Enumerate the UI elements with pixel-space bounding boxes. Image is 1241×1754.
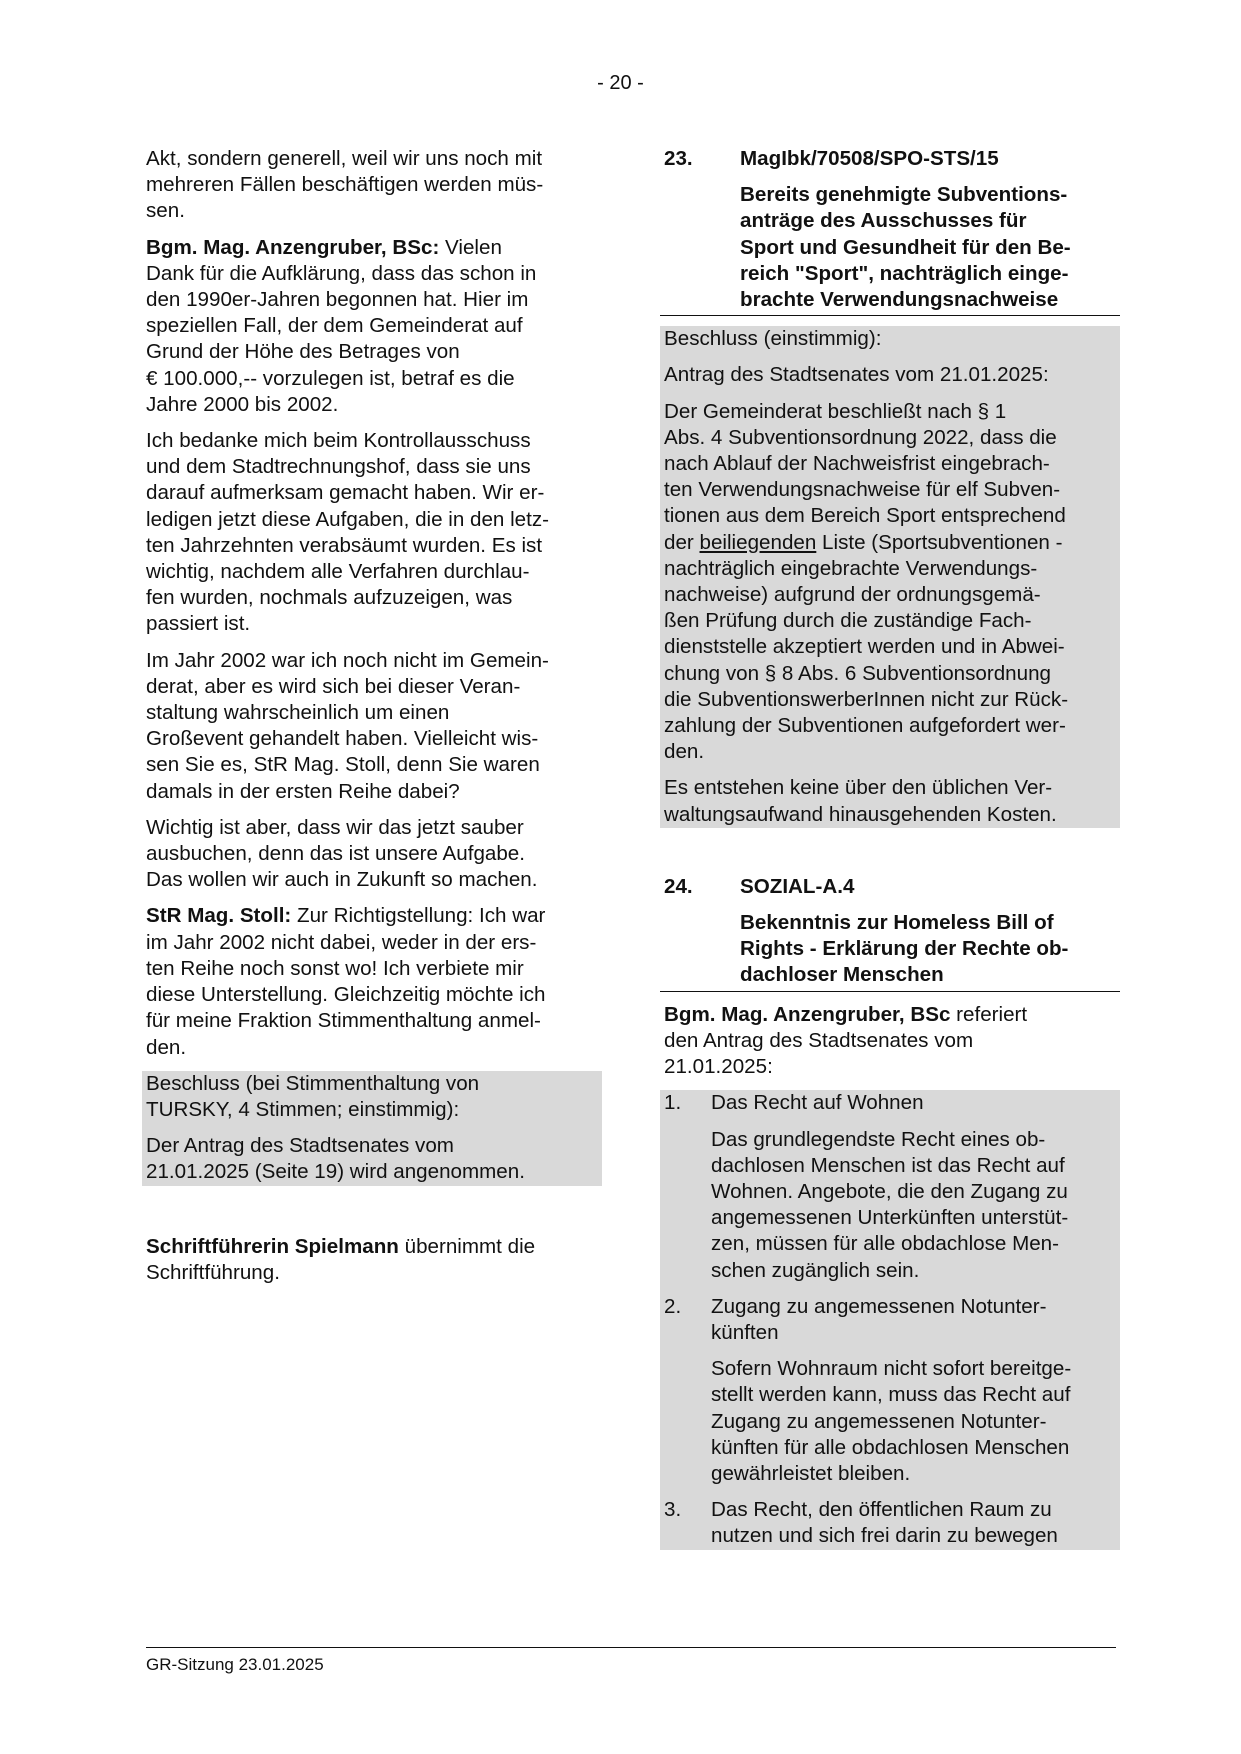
- text-line: nachweise) aufgrund der ordnungsgemä-: [664, 582, 1116, 608]
- text-fragment: Zur Richtigstellung: Ich war: [291, 904, 545, 927]
- speaker-name: Bgm. Mag. Anzengruber, BSc: [664, 1003, 950, 1026]
- text-line: Bgm. Mag. Anzengruber, BSc referiert: [664, 1002, 1116, 1028]
- agenda-item-24-heading: 24. SOZIAL-A.4 Bekenntnis zur Homeless B…: [664, 874, 1116, 989]
- text-line: Schriftführung.: [146, 1260, 598, 1286]
- text-line: Beschluss (bei Stimmenthaltung von: [146, 1071, 598, 1097]
- text-line: Bgm. Mag. Anzengruber, BSc: Vielen: [146, 235, 598, 261]
- text-line: chung von § 8 Abs. 6 Subventionsordnung: [664, 661, 1116, 687]
- text-line: stellt werden kann, muss das Recht auf: [711, 1382, 1116, 1408]
- paragraph-continuation: Akt, sondern generell, weil wir uns noch…: [146, 146, 598, 225]
- text-line: dienststelle akzeptiert werden und in Ab…: [664, 634, 1116, 660]
- text-line: StR Mag. Stoll: Zur Richtigstellung: Ich…: [146, 903, 598, 929]
- text-line: Beschluss (einstimmig):: [664, 326, 1116, 352]
- text-line: den.: [664, 739, 1116, 765]
- text-fragment: Vielen: [439, 236, 502, 259]
- text-line: fen wurden, nochmals aufzuzeigen, was: [146, 585, 598, 611]
- text-fragment: übernimmt die: [399, 1235, 535, 1258]
- text-line: und dem Stadtrechnungshof, dass sie uns: [146, 454, 598, 480]
- list-number: 2.: [664, 1294, 681, 1320]
- text-line: der beiliegenden Liste (Sportsubventione…: [664, 530, 1116, 556]
- text-line: Der Gemeinderat beschließt nach § 1: [664, 399, 1116, 425]
- speech-stoll: StR Mag. Stoll: Zur Richtigstellung: Ich…: [146, 903, 598, 1060]
- text-line: € 100.000,-- vorzulegen ist, betraf es d…: [146, 366, 598, 392]
- footer-rule: [146, 1647, 1116, 1648]
- text-line: Wohnen. Angebote, die den Zugang zu: [711, 1179, 1116, 1205]
- costs-note: Es entstehen keine über den üblichen Ver…: [664, 775, 1116, 827]
- text-line: Sport und Gesundheit für den Be-: [740, 235, 1116, 261]
- text-line: Akt, sondern generell, weil wir uns noch…: [146, 146, 598, 172]
- text-line: ausbuchen, denn das ist unsere Aufgabe.: [146, 841, 598, 867]
- text-line: Dank für die Aufklärung, dass das schon …: [146, 261, 598, 287]
- motion-text: Der Gemeinderat beschließt nach § 1 Abs.…: [664, 399, 1116, 776]
- text-line: ten Jahrzehnten verabsäumt wurden. Es is…: [146, 533, 598, 559]
- page-number: - 20 -: [0, 72, 1241, 95]
- text-line: reich "Sport", nachträglich einge-: [740, 261, 1116, 287]
- text-line: Im Jahr 2002 war ich noch nicht im Gemei…: [146, 648, 598, 674]
- text-line: Wichtig ist aber, dass wir das jetzt sau…: [146, 815, 598, 841]
- text-line: darauf aufmerksam gemacht haben. Wir er-: [146, 480, 598, 506]
- text-line: speziellen Fall, der dem Gemeinderat auf: [146, 313, 598, 339]
- paragraph: Im Jahr 2002 war ich noch nicht im Gemei…: [146, 648, 598, 805]
- text-line: mehreren Fällen beschäftigen werden müs-: [146, 172, 598, 198]
- text-line: zen, müssen für alle obdachlose Men-: [711, 1231, 1116, 1257]
- speaker-intro: Bgm. Mag. Anzengruber, BSc referiert den…: [664, 1002, 1116, 1081]
- text-line: nach Ablauf der Nachweisfrist eingebrach…: [664, 451, 1116, 477]
- text-line: angemessenen Unterkünften unterstüt-: [711, 1205, 1116, 1231]
- list-number: 1.: [664, 1090, 681, 1116]
- text-line: Jahre 2000 bis 2002.: [146, 392, 598, 418]
- paragraph: Ich bedanke mich beim Kontrollausschuss …: [146, 428, 598, 638]
- text-line: Das wollen wir auch in Zukunft so machen…: [146, 867, 598, 893]
- text-line: 21.01.2025 (Seite 19) wird angenommen.: [146, 1159, 598, 1185]
- text-line: den 1990er-Jahren begonnen hat. Hier im: [146, 287, 598, 313]
- attachment-link[interactable]: beiliegenden: [700, 531, 817, 554]
- list-item-3: 3. Das Recht, den öffentlichen Raum zu n…: [664, 1497, 1116, 1549]
- text-line: gewährleistet bleiben.: [711, 1461, 1116, 1487]
- resolution-title: Beschluss (bei Stimmenthaltung von TURSK…: [146, 1071, 598, 1133]
- text-line: für meine Fraktion Stimmenthaltung anmel…: [146, 1008, 598, 1034]
- text-line: waltungsaufwand hinausgehenden Kosten.: [664, 802, 1116, 828]
- secretary-note: Schriftführerin Spielmann übernimmt die …: [146, 1234, 598, 1286]
- text-line: zahlung der Subventionen aufgefordert we…: [664, 713, 1116, 739]
- text-line: Rights - Erklärung der Rechte ob-: [740, 936, 1116, 962]
- text-line: Sofern Wohnraum nicht sofort bereitge-: [711, 1356, 1116, 1382]
- text-line: ten Verwendungsnachweise für elf Subven-: [664, 477, 1116, 503]
- text-line: ledigen jetzt diese Aufgaben, die in den…: [146, 507, 598, 533]
- text-line: derat, aber es wird sich bei dieser Vera…: [146, 674, 598, 700]
- text-fragment: Liste (Sportsubventionen -: [816, 531, 1062, 554]
- text-line: Ich bedanke mich beim Kontrollausschuss: [146, 428, 598, 454]
- resolution-box: Beschluss (bei Stimmenthaltung von TURSK…: [142, 1071, 602, 1186]
- text-line: Zugang zu angemessenen Notunter-: [711, 1294, 1116, 1320]
- resolution-title: Beschluss (einstimmig):: [664, 326, 1116, 362]
- item-number: 24.: [664, 874, 693, 900]
- text-line: die SubventionswerberInnen nicht zur Rüc…: [664, 687, 1116, 713]
- text-line: künften: [711, 1320, 1116, 1346]
- text-line: Der Antrag des Stadtsenates vom: [146, 1133, 598, 1159]
- text-line: dachlosen Menschen ist das Recht auf: [711, 1153, 1116, 1179]
- text-line: sen.: [146, 198, 598, 224]
- speech-anzengruber: Bgm. Mag. Anzengruber, BSc: Vielen Dank …: [146, 235, 598, 418]
- text-line: Bekenntnis zur Homeless Bill of: [740, 910, 1116, 936]
- text-line: anträge des Ausschusses für: [740, 208, 1116, 234]
- list-item-1-text: Das grundlegendste Recht eines ob- dachl…: [664, 1127, 1116, 1294]
- text-line: 21.01.2025:: [664, 1054, 1116, 1080]
- text-line: diese Unterstellung. Gleichzeitig möchte…: [146, 982, 598, 1008]
- right-column: 23. MagIbk/70508/SPO-STS/15 Bereits gene…: [664, 146, 1116, 1550]
- left-column: Akt, sondern generell, weil wir uns noch…: [146, 146, 598, 1296]
- speaker-name: StR Mag. Stoll:: [146, 904, 291, 927]
- speaker-name: Bgm. Mag. Anzengruber, BSc:: [146, 236, 439, 259]
- resolution-box: Beschluss (einstimmig): Antrag des Stadt…: [660, 326, 1120, 828]
- text-line: Antrag des Stadtsenates vom 21.01.2025:: [664, 362, 1116, 388]
- list-item-2-text: Sofern Wohnraum nicht sofort bereitge- s…: [664, 1356, 1116, 1497]
- text-line: im Jahr 2002 nicht dabei, weder in der e…: [146, 930, 598, 956]
- text-line: Schriftführerin Spielmann übernimmt die: [146, 1234, 598, 1260]
- motion-intro: Antrag des Stadtsenates vom 21.01.2025:: [664, 362, 1116, 398]
- item-title: Bereits genehmigte Subventions- anträge …: [740, 182, 1116, 313]
- item-number: 23.: [664, 146, 693, 172]
- text-line: Großevent gehandelt haben. Vielleicht wi…: [146, 726, 598, 752]
- text-line: nutzen und sich frei darin zu bewegen: [711, 1523, 1116, 1549]
- text-line: den.: [146, 1035, 598, 1061]
- text-line: passiert ist.: [146, 611, 598, 637]
- text-line: Bereits genehmigte Subventions-: [740, 182, 1116, 208]
- text-line: Das Recht auf Wohnen: [711, 1090, 1116, 1116]
- text-line: ßen Prüfung durch die zuständige Fach-: [664, 608, 1116, 634]
- text-line: damals in der ersten Reihe dabei?: [146, 779, 598, 805]
- text-line: Abs. 4 Subventionsordnung 2022, dass die: [664, 425, 1116, 451]
- text-line: Das grundlegendste Recht eines ob-: [711, 1127, 1116, 1153]
- list-number: 3.: [664, 1497, 681, 1523]
- text-line: Es entstehen keine über den üblichen Ver…: [664, 775, 1116, 801]
- motion-list-box: 1. Das Recht auf Wohnen Das grundlegends…: [660, 1090, 1120, 1549]
- text-line: ten Reihe noch sonst wo! Ich verbiete mi…: [146, 956, 598, 982]
- heading-rule: [660, 991, 1120, 992]
- speaker-name: Schriftführerin Spielmann: [146, 1235, 399, 1258]
- text-line: dachloser Menschen: [740, 962, 1116, 988]
- text-line: Das Recht, den öffentlichen Raum zu: [711, 1497, 1116, 1523]
- paragraph: Wichtig ist aber, dass wir das jetzt sau…: [146, 815, 598, 894]
- resolution-text: Der Antrag des Stadtsenates vom 21.01.20…: [146, 1133, 598, 1185]
- list-item-1: 1. Das Recht auf Wohnen: [664, 1090, 1116, 1126]
- text-line: TURSKY, 4 Stimmen; einstimmig):: [146, 1097, 598, 1123]
- text-line: Grund der Höhe des Betrages von: [146, 339, 598, 365]
- text-line: künften für alle obdachlosen Menschen: [711, 1435, 1116, 1461]
- text-line: staltung wahrscheinlich um einen: [146, 700, 598, 726]
- text-fragment: der: [664, 531, 700, 554]
- text-fragment: referiert: [950, 1003, 1027, 1026]
- item-title: Bekenntnis zur Homeless Bill of Rights -…: [740, 910, 1116, 989]
- text-line: nachträglich eingebrachte Verwendungs-: [664, 556, 1116, 582]
- text-line: den Antrag des Stadtsenates vom: [664, 1028, 1116, 1054]
- list-item-2: 2. Zugang zu angemessenen Notunter- künf…: [664, 1294, 1116, 1356]
- text-line: schen zugänglich sein.: [711, 1258, 1116, 1284]
- heading-rule: [660, 315, 1120, 316]
- text-line: tionen aus dem Bereich Sport entsprechen…: [664, 503, 1116, 529]
- item-code: SOZIAL-A.4: [740, 874, 1116, 900]
- text-line: sen Sie es, StR Mag. Stoll, denn Sie war…: [146, 752, 598, 778]
- agenda-item-23-heading: 23. MagIbk/70508/SPO-STS/15 Bereits gene…: [664, 146, 1116, 313]
- item-code: MagIbk/70508/SPO-STS/15: [740, 146, 1116, 172]
- text-line: Zugang zu angemessenen Notunter-: [711, 1409, 1116, 1435]
- footer-session-label: GR-Sitzung 23.01.2025: [146, 1655, 324, 1675]
- text-line: wichtig, nachdem alle Verfahren durchlau…: [146, 559, 598, 585]
- text-line: brachte Verwendungsnachweise: [740, 287, 1116, 313]
